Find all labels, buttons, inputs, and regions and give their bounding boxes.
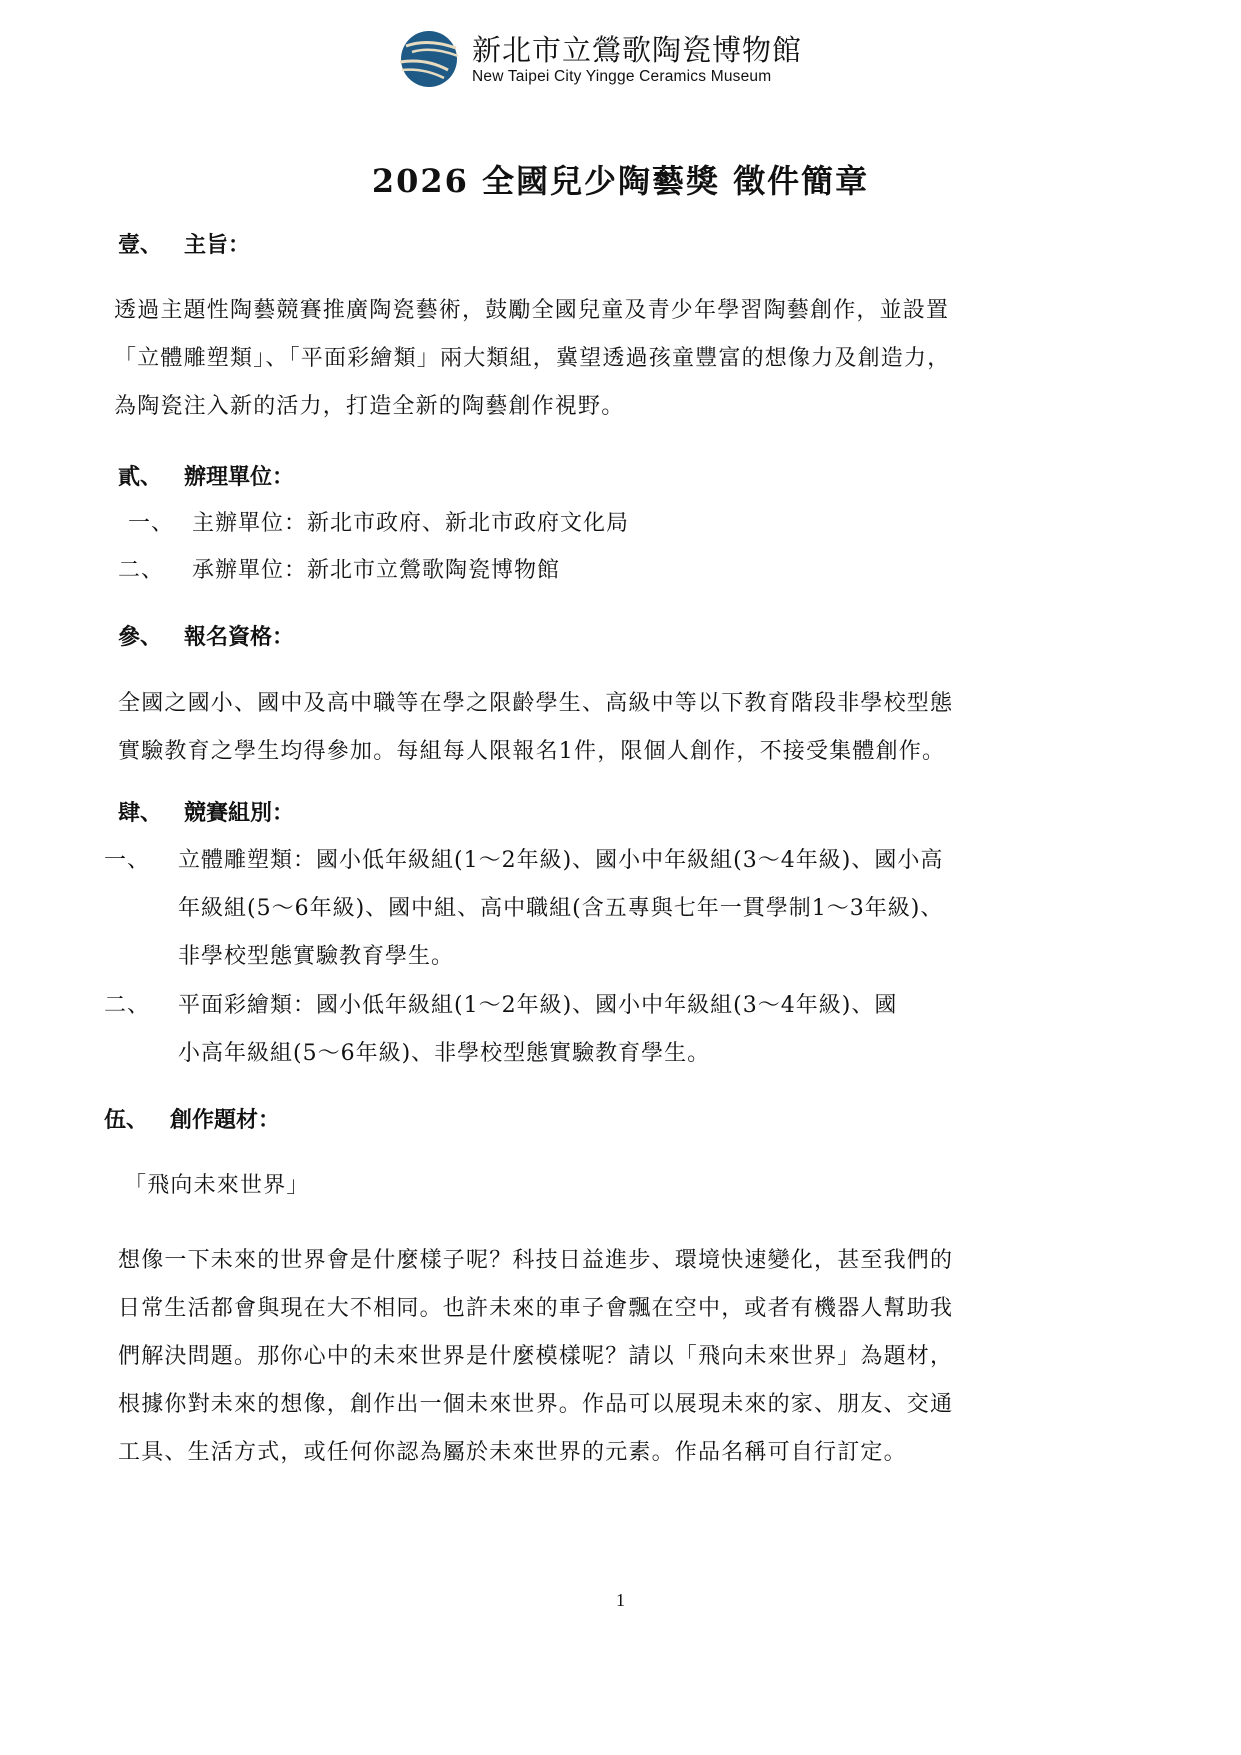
item-line: 立體雕塑類：國小低年級組(1～2年級)、國小中年級組(3～4年級)、國小高 [178, 837, 943, 885]
museum-name-zh: 新北市立鶯歌陶瓷博物館 [472, 32, 802, 68]
organizer-item: 一、主辦單位：新北市政府、新北市政府文化局 [128, 500, 629, 548]
section-heading-eligibility: 參、報名資格： [118, 620, 294, 651]
museum-logo-icon [398, 28, 460, 90]
category-item-painting: 二、 平面彩繪類：國小低年級組(1～2年級)、國小中年級組(3～4年級)、國 小… [104, 982, 897, 1078]
section-heading-categories: 肆、競賽組別： [118, 796, 294, 827]
section-number: 壹、 [118, 228, 162, 259]
category-item-sculpture: 一、 立體雕塑類：國小低年級組(1～2年級)、國小中年級組(3～4年級)、國小高… [104, 837, 943, 981]
museum-header: 新北市立鶯歌陶瓷博物館 New Taipei City Yingge Ceram… [398, 28, 802, 90]
item-number: 二、 [118, 547, 192, 595]
paragraph-line: 「立體雕塑類」、「平面彩繪類」兩大類組，冀望透過孩童豐富的想像力及創造力， [114, 335, 950, 383]
section-label: 主旨： [184, 228, 250, 259]
item-text: 立體雕塑類：國小低年級組(1～2年級)、國小中年級組(3～4年級)、國小高 年級… [178, 837, 943, 981]
section-label: 辦理單位： [184, 460, 294, 491]
section-number: 伍、 [104, 1103, 148, 1134]
section-number: 參、 [118, 620, 162, 651]
theme-title: 「飛向未來世界」 [124, 1162, 310, 1210]
paragraph-line: 實驗教育之學生均得參加。每組每人限報名1件，限個人創作，不接受集體創作。 [118, 728, 953, 776]
item-text: 平面彩繪類：國小低年級組(1～2年級)、國小中年級組(3～4年級)、國 小高年級… [178, 982, 897, 1078]
section-label: 競賽組別： [184, 796, 294, 827]
item-number: 一、 [104, 837, 178, 885]
item-line: 非學校型態實驗教育學生。 [178, 933, 943, 981]
section-theme-body: 想像一下未來的世界會是什麼樣子呢？科技日益進步、環境快速變化，甚至我們的 日常生… [118, 1237, 953, 1477]
paragraph-line: 們解決問題。那你心中的未來世界是什麼模樣呢？請以「飛向未來世界」為題材， [118, 1333, 953, 1381]
item-line: 年級組(5～6年級)、國中組、高中職組(含五專與七年一貫學制1～3年級)、 [178, 885, 943, 933]
item-number: 一、 [128, 500, 192, 548]
section-heading-purpose: 壹、主旨： [118, 228, 250, 259]
museum-name: 新北市立鶯歌陶瓷博物館 New Taipei City Yingge Ceram… [472, 32, 802, 86]
paragraph-line: 根據你對未來的想像，創作出一個未來世界。作品可以展現未來的家、朋友、交通 [118, 1381, 953, 1429]
paragraph-line: 想像一下未來的世界會是什麼樣子呢？科技日益進步、環境快速變化，甚至我們的 [118, 1237, 953, 1285]
paragraph-line: 為陶瓷注入新的活力，打造全新的陶藝創作視野。 [114, 383, 950, 431]
paragraph-line: 全國之國小、國中及高中職等在學之限齡學生、高級中等以下教育階段非學校型態 [118, 680, 953, 728]
item-text: 承辦單位：新北市立鶯歌陶瓷博物館 [192, 558, 560, 583]
section-eligibility-body: 全國之國小、國中及高中職等在學之限齡學生、高級中等以下教育階段非學校型態 實驗教… [118, 680, 953, 776]
document-title: 2026 全國兒少陶藝獎 徵件簡章 [0, 156, 1241, 202]
section-purpose-body: 透過主題性陶藝競賽推廣陶瓷藝術，鼓勵全國兒童及青少年學習陶藝創作，並設置 「立體… [114, 287, 950, 431]
paragraph-line: 日常生活都會與現在大不相同。也許未來的車子會飄在空中，或者有機器人幫助我 [118, 1285, 953, 1333]
museum-name-en: New Taipei City Yingge Ceramics Museum [472, 68, 802, 86]
section-label: 報名資格： [184, 620, 294, 651]
paragraph-line: 透過主題性陶藝競賽推廣陶瓷藝術，鼓勵全國兒童及青少年學習陶藝創作，並設置 [114, 287, 950, 335]
section-number: 貳、 [118, 460, 162, 491]
paragraph-line: 工具、生活方式，或任何你認為屬於未來世界的元素。作品名稱可自行訂定。 [118, 1429, 953, 1477]
section-label: 創作題材： [170, 1103, 280, 1134]
item-line: 平面彩繪類：國小低年級組(1～2年級)、國小中年級組(3～4年級)、國 [178, 982, 897, 1030]
item-number: 二、 [104, 982, 178, 1030]
page-number: 1 [0, 1590, 1241, 1611]
organizer-item: 二、承辦單位：新北市立鶯歌陶瓷博物館 [118, 547, 560, 595]
section-heading-theme: 伍、創作題材： [104, 1103, 280, 1134]
section-heading-organizers: 貳、辦理單位： [118, 460, 294, 491]
item-text: 主辦單位：新北市政府、新北市政府文化局 [192, 511, 629, 536]
item-line: 小高年級組(5～6年級)、非學校型態實驗教育學生。 [178, 1030, 897, 1078]
section-number: 肆、 [118, 796, 162, 827]
